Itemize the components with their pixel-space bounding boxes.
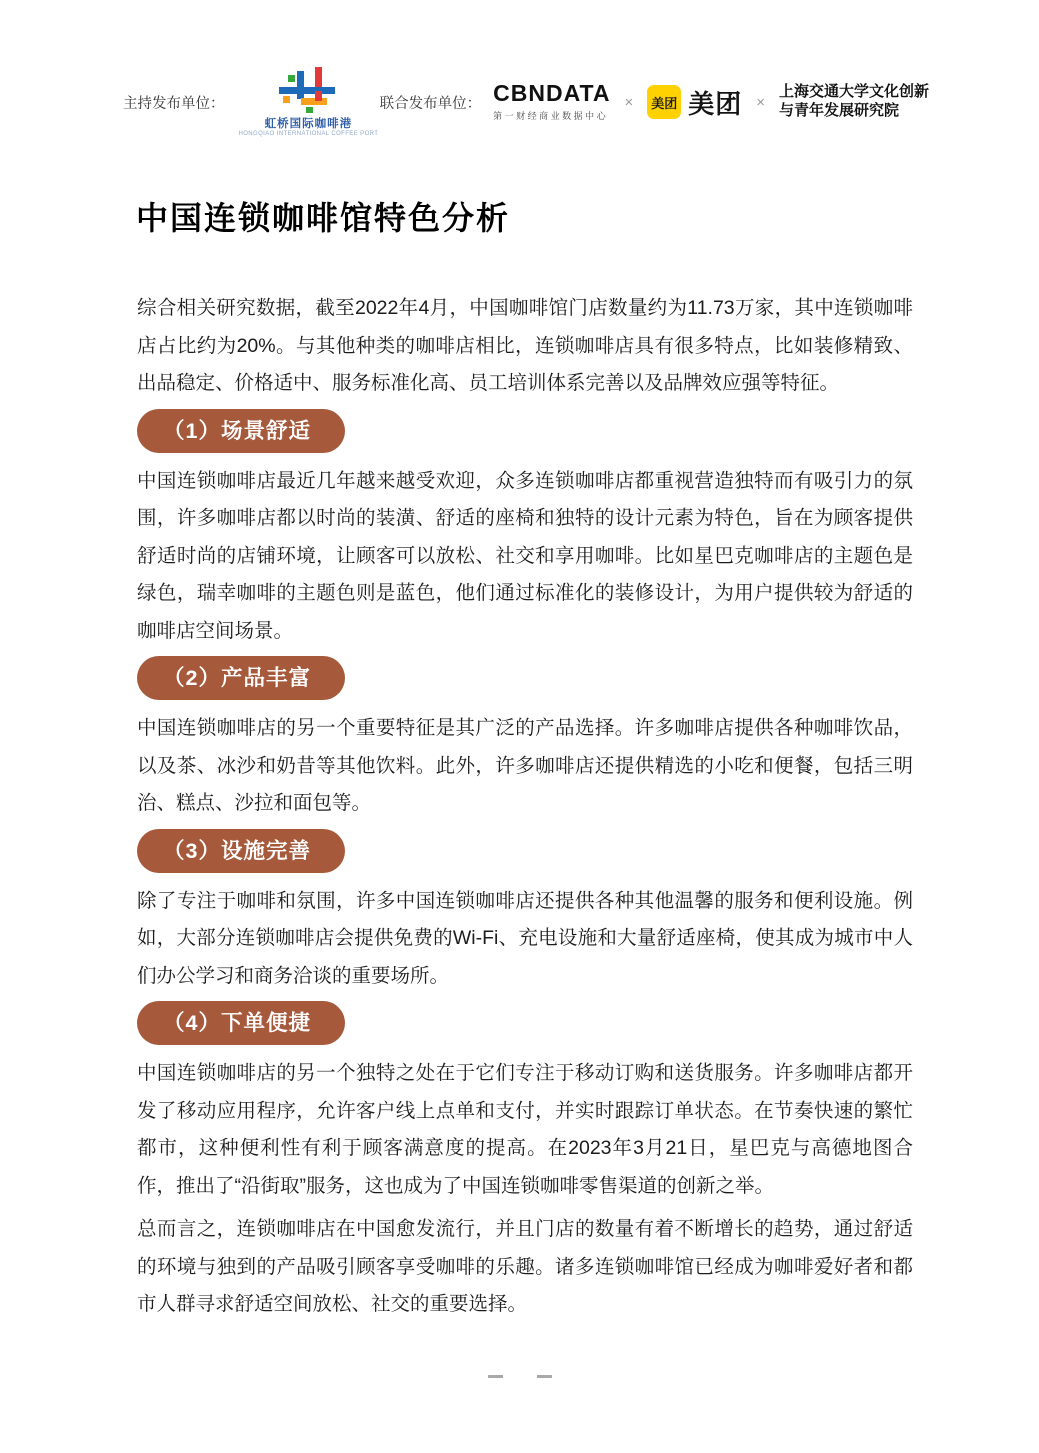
section-1-heading-row: （1）场景舒适 <box>137 409 913 453</box>
section-3-heading-pill: （3）设施完善 <box>137 829 345 873</box>
cross-separator-icon: × <box>754 94 767 111</box>
hongqiao-logo-subtext: HONGQIAO INTERNATIONAL COFFEE PORT <box>239 131 379 137</box>
sjtu-institute-logo: 上海交通大学文化创新 与青年发展研究院 <box>779 83 929 121</box>
hongqiao-coffee-port-logo: 虹桥国际咖啡港 HONGQIAO INTERNATIONAL COFFEE PO… <box>239 67 379 137</box>
section-2-heading-row: （2）产品丰富 <box>137 656 913 700</box>
section-1-heading-pill: （1）场景舒适 <box>137 409 345 453</box>
hongqiao-logo-name: 虹桥国际咖啡港 <box>265 115 353 131</box>
meituan-logo: 美团 美团 <box>647 84 742 121</box>
intro-paragraph: 综合相关研究数据，截至2022年4月，中国咖啡馆门店数量约为11.73万家，其中… <box>137 290 913 403</box>
host-publisher-label: 主持发布单位： <box>123 92 225 113</box>
cross-separator-icon: × <box>622 94 635 111</box>
sjtu-line1: 上海交通大学文化创新 <box>779 83 929 102</box>
page-title: 中国连锁咖啡馆特色分析 <box>136 193 510 239</box>
meituan-wordmark: 美团 <box>688 84 742 121</box>
cbndata-subtitle: 第一财经商业数据中心 <box>493 109 608 122</box>
section-4-heading-row: （4）下单便捷 <box>137 1001 913 1045</box>
section-3-heading-row: （3）设施完善 <box>137 829 913 873</box>
section-1-body: 中国连锁咖啡店最近几年越来越受欢迎，众多连锁咖啡店都重视营造独特而有吸引力的氛围… <box>137 463 913 651</box>
section-2-heading-pill: （2）产品丰富 <box>137 656 345 700</box>
article-body: 综合相关研究数据，截至2022年4月，中国咖啡馆门店数量约为11.73万家，其中… <box>137 290 913 1330</box>
section-4-body: 中国连锁咖啡店的另一个独特之处在于它们专注于移动订购和送货服务。许多咖啡店都开发… <box>137 1055 913 1205</box>
joint-publisher-label: 联合发布单位： <box>380 92 482 113</box>
page-header: 主持发布单位： 虹桥国际咖啡港 HONGQIAO INTERNATIONAL C… <box>123 70 929 134</box>
conclusion-paragraph: 总而言之，连锁咖啡店在中国愈发流行，并且门店的数量有着不断增长的趋势，通过舒适的… <box>137 1211 913 1324</box>
report-page: 主持发布单位： 虹桥国际咖啡港 HONGQIAO INTERNATIONAL C… <box>0 0 1039 1453</box>
section-3-body: 除了专注于咖啡和氛围，许多中国连锁咖啡店还提供各种其他温馨的服务和便利设施。例如… <box>137 883 913 996</box>
cbndata-logo: CBNDATA 第一财经商业数据中心 <box>493 82 610 122</box>
cbndata-wordmark: CBNDATA <box>493 82 610 105</box>
joint-publisher-group: 联合发布单位： CBNDATA 第一财经商业数据中心 × 美团 美团 × 上海交… <box>380 82 929 122</box>
meituan-badge-icon: 美团 <box>647 85 681 119</box>
section-4-heading-pill: （4）下单便捷 <box>137 1001 345 1045</box>
footer-dash <box>537 1375 552 1378</box>
sjtu-line2: 与青年发展研究院 <box>779 102 929 121</box>
hongqiao-hash-logo-icon <box>277 67 339 113</box>
footer-dash <box>488 1375 503 1378</box>
section-2-body: 中国连锁咖啡店的另一个重要特征是其广泛的产品选择。许多咖啡店提供各种咖啡饮品，以… <box>137 710 913 823</box>
host-publisher-group: 主持发布单位： 虹桥国际咖啡港 HONGQIAO INTERNATIONAL C… <box>123 67 378 137</box>
